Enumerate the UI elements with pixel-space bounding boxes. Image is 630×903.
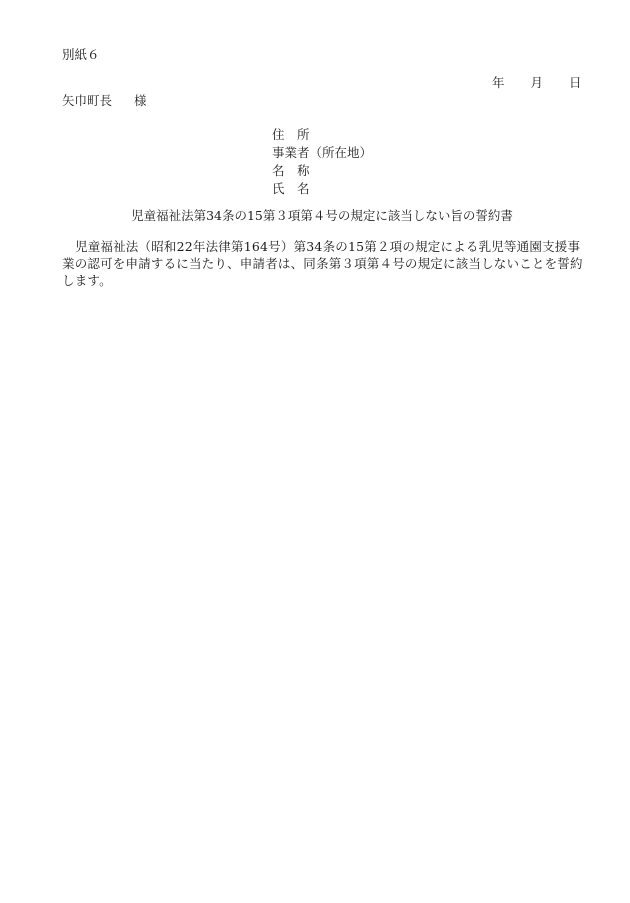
date-line: 年月日 [492, 77, 582, 90]
date-day-label: 日 [569, 77, 582, 90]
addressee-honorific: 様 [134, 93, 147, 108]
pledge-body-text: 児童福祉法（昭和22年法律第164号）第34条の15第２項の規定による乳児等通園… [62, 238, 584, 289]
applicant-person-name-label: 氏 名 [272, 180, 372, 198]
applicant-company-name-label: 名 称 [272, 162, 372, 180]
applicant-business-location-label: 事業者（所在地） [272, 144, 372, 162]
document-title: 児童福祉法第34条の15第３項第４号の規定に該当しない旨の誓約書 [0, 210, 630, 223]
addressee-name: 矢巾町長 [62, 93, 112, 108]
addressee: 矢巾町長様 [62, 95, 147, 108]
applicant-fields: 住 所 事業者（所在地） 名 称 氏 名 [272, 126, 372, 198]
applicant-address-label: 住 所 [272, 126, 372, 144]
annex-label: 別紙６ [62, 49, 100, 62]
date-year-label: 年 [492, 77, 505, 90]
date-month-label: 月 [531, 77, 544, 90]
